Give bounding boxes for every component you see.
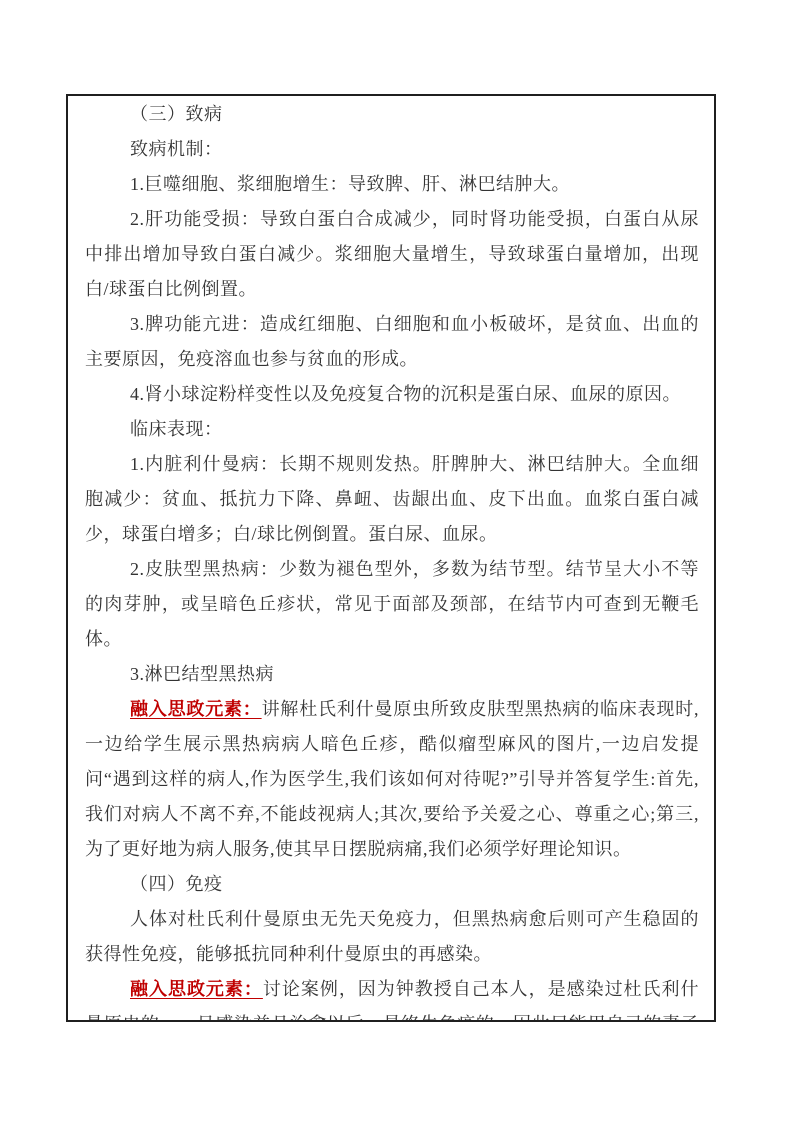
ideological-element-label-2: 融入思政元素： <box>130 979 263 999</box>
mechanism-item-4: 4.肾小球淀粉样变性以及免疫复合物的沉积是蛋白尿、血尿的原因。 <box>85 377 699 412</box>
mechanism-item-2: 2.肝功能受损：导致白蛋白合成减少，同时肾功能受损，白蛋白从尿中排出增加导致白蛋… <box>85 202 699 307</box>
section-heading-pathogenesis: （三）致病 <box>85 97 699 132</box>
section-heading-immunity: （四）免疫 <box>85 867 699 902</box>
clinical-item-1: 1.内脏利什曼病：长期不规则发热。肝脾肿大、淋巴结肿大。全血细胞减少：贫血、抵抗… <box>85 447 699 552</box>
immunity-paragraph: 人体对杜氏利什曼原虫无先天免疫力，但黑热病愈后则可产生稳固的获得性免疫，能够抵抗… <box>85 902 699 972</box>
ideological-paragraph-1: 融入思政元素：讲解杜氏利什曼原虫所致皮肤型黑热病的临床表现时,一边给学生展示黑热… <box>85 692 699 867</box>
clinical-item-2: 2.皮肤型黑热病：少数为褪色型外，多数为结节型。结节呈大小不等的肉芽肿，或呈暗色… <box>85 552 699 657</box>
mechanism-item-1: 1.巨噬细胞、浆细胞增生：导致脾、肝、淋巴结肿大。 <box>85 167 699 202</box>
subheading-pathogenic-mechanism: 致病机制： <box>85 132 699 167</box>
ideological-element-label-1: 融入思政元素： <box>130 699 262 719</box>
ideological-paragraph-2: 融入思政元素：讨论案例，因为钟教授自己本人，是感染过杜氏利什曼原虫的，一旦感染并… <box>85 972 699 1022</box>
ideological-paragraph-1-text: 讲解杜氏利什曼原虫所致皮肤型黑热病的临床表现时,一边给学生展示黑热病病人暗色丘疹… <box>85 699 699 859</box>
subheading-clinical-manifestations: 临床表现： <box>85 412 699 447</box>
mechanism-item-3: 3.脾功能亢进：造成红细胞、白细胞和血小板破坏，是贫血、出血的主要原因，免疫溶血… <box>85 307 699 377</box>
document-page: （三）致病 致病机制： 1.巨噬细胞、浆细胞增生：导致脾、肝、淋巴结肿大。 2.… <box>0 0 794 1123</box>
clinical-item-3: 3.淋巴结型黑热病 <box>85 657 699 692</box>
table-cell-border: （三）致病 致病机制： 1.巨噬细胞、浆细胞增生：导致脾、肝、淋巴结肿大。 2.… <box>66 94 716 1022</box>
